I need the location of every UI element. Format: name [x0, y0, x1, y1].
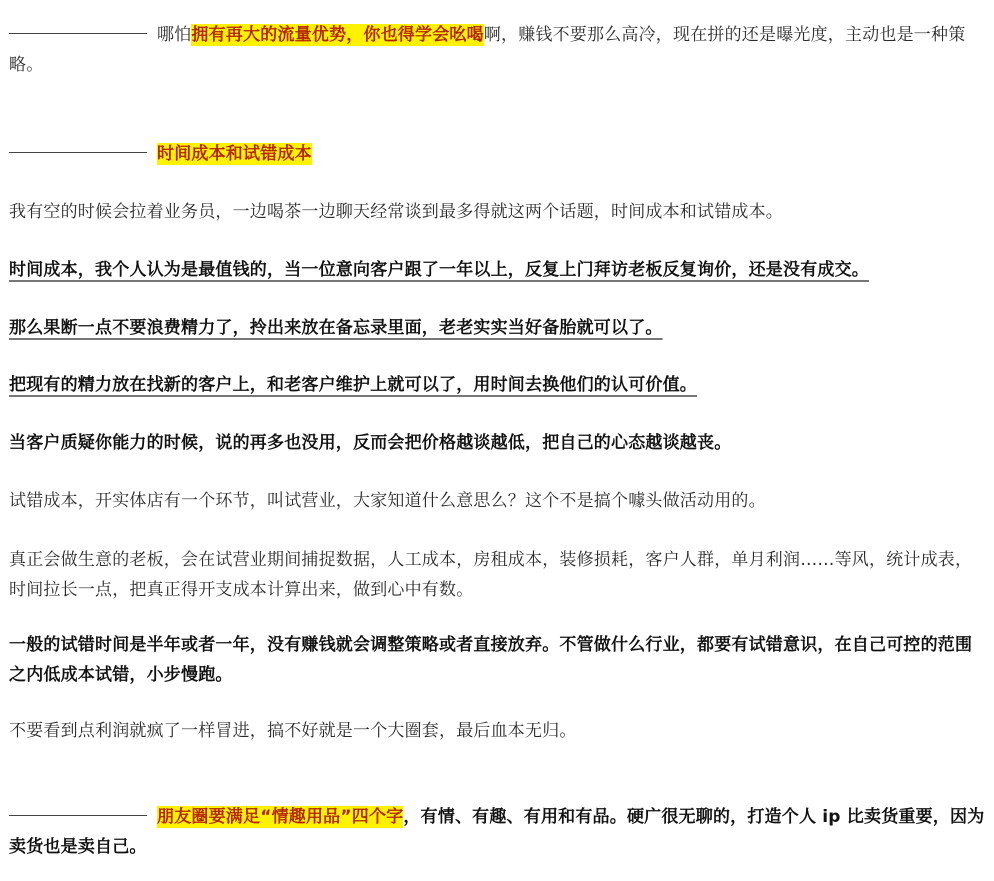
section-divider-line [9, 815, 147, 816]
section-divider-line [9, 152, 147, 153]
intro-paragraph: 哪怕拥有再大的流量优势，你也得学会吆喝啊，赚钱不要那么高冷，现在拼的还是曝光度，… [9, 20, 985, 80]
paragraph-emphasis: 把现有的精力放在找新的客户上，和老客户维护上就可以了，用时间去换他们的认可价值。 [9, 370, 985, 400]
paragraph-emphasis: 那么果断一点不要浪费精力了，拎出来放在备忘录里面，老老实实当好备胎就可以了。 [9, 313, 985, 343]
underlined-text: 时间成本，我个人认为是最值钱的，当一位意向客户跟了一年以上，反复上门拜访老板反复… [9, 260, 869, 280]
paragraph: 试错成本，开实体店有一个环节，叫试营业，大家知道什么意思么？这个不是搞个噱头做活… [9, 486, 985, 516]
friends-circle-rest: ，有情、有趣、有用和有品。硬广很无聊的，打造个人 ip 比卖货重要，因为卖货也是… [9, 807, 984, 857]
friends-circle-highlight: 朋友圈要满足“情趣用品”四个字 [157, 806, 403, 828]
intro-rest: 啊，赚钱不要那么高冷，现在拼的还是曝光度，主动也是一种策略。 [9, 25, 965, 75]
underlined-text: 那么果断一点不要浪费精力了，拎出来放在备忘录里面，老老实实当好备胎就可以了。 [9, 318, 663, 338]
paragraph: 不要看到点利润就疯了一样冒进，搞不好就是一个大圈套，最后血本无归。 [9, 716, 985, 746]
paragraph-bold: 当客户质疑你能力的时候，说的再多也没用，反而会把价格越谈越低，把自己的心态越谈越… [9, 428, 985, 458]
underlined-text: 把现有的精力放在找新的客户上，和老客户维护上就可以了，用时间去换他们的认可价值。 [9, 375, 697, 395]
intro-prefix: 哪怕 [157, 25, 191, 45]
section-heading-cost: 时间成本和试错成本 [9, 139, 985, 169]
friends-circle-paragraph: 朋友圈要满足“情趣用品”四个字，有情、有趣、有用和有品。硬广很无聊的，打造个人 … [9, 802, 985, 862]
section-divider-line [9, 33, 147, 34]
paragraph: 真正会做生意的老板，会在试营业期间捕捉数据，人工成本，房租成本，装修损耗，客户人… [9, 545, 985, 605]
section-heading-highlight: 时间成本和试错成本 [157, 143, 312, 165]
paragraph-emphasis: 时间成本，我个人认为是最值钱的，当一位意向客户跟了一年以上，反复上门拜访老板反复… [9, 255, 985, 285]
paragraph-bold: 一般的试错时间是半年或者一年，没有赚钱就会调整策略或者直接放弃。不管做什么行业，… [9, 630, 985, 690]
paragraph: 我有空的时候会拉着业务员，一边喝茶一边聊天经常谈到最多得就这两个话题，时间成本和… [9, 197, 985, 227]
intro-highlight: 拥有再大的流量优势，你也得学会吆喝 [191, 24, 483, 46]
